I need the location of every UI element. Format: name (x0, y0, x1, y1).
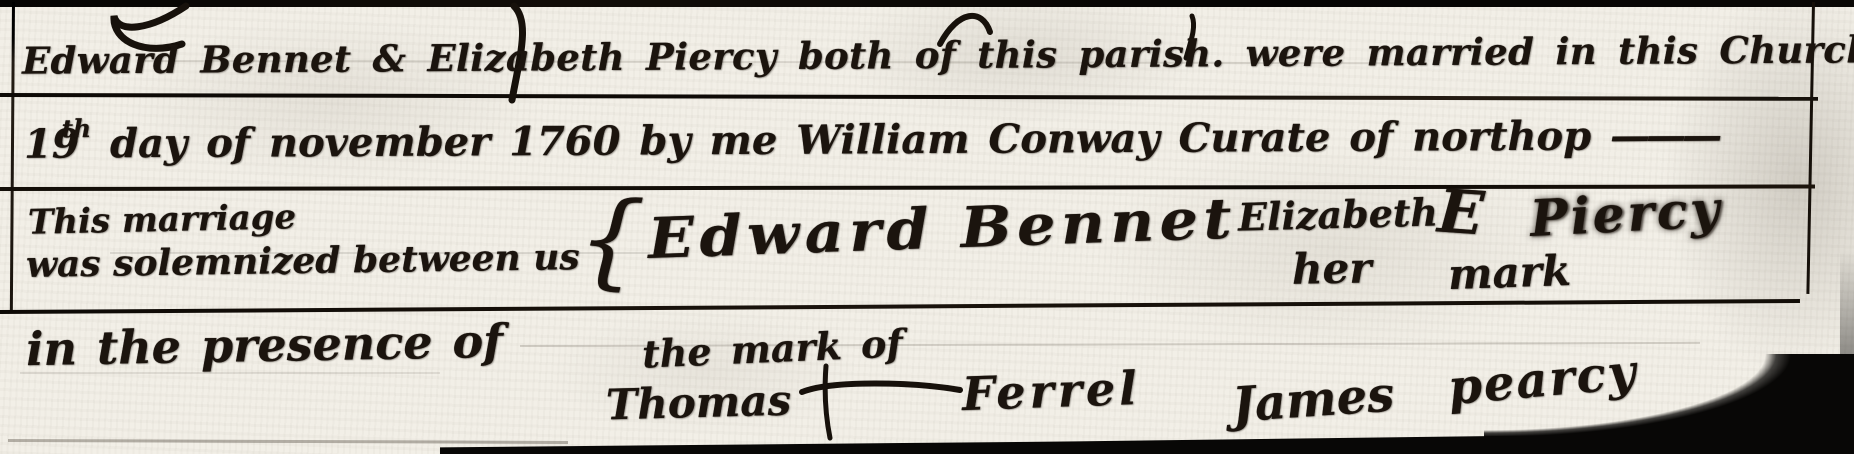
page-corner-shadow (1484, 354, 1854, 454)
opening-brace: { (575, 176, 647, 301)
right-edge-shadow (1840, 250, 1854, 410)
date-ordinal-suffix: th (62, 114, 92, 143)
witness1-mark-icon (796, 362, 966, 442)
bride-mark-caption-her: her (1292, 243, 1372, 293)
witness1-last-name: Ferrel (961, 361, 1141, 421)
bride-mark-caption-mark: mark (1447, 246, 1572, 299)
flourish-dash: ——— (1610, 112, 1718, 160)
solemnized-line-1: This marriage (28, 197, 297, 243)
bride-last-name: Piercy (1529, 179, 1724, 248)
witness1-first-name: Thomas (605, 376, 791, 430)
bride-mark: E (1436, 176, 1487, 249)
ruled-line-3 (0, 299, 1800, 314)
register-line-2: 19th day of november 1760 by me William … (24, 112, 1718, 168)
groom-signature: Edward Bennet (647, 185, 1238, 272)
register-page: Edward Bennet & Elizabeth Piercy both of… (0, 0, 1854, 454)
officiant-text: day of november 1760 by me William Conwa… (110, 113, 1591, 168)
bottom-faint-line (8, 439, 568, 444)
bride-first-name: Elizabeth (1237, 189, 1438, 239)
solemnized-line-2: was solemnized between us (26, 236, 580, 286)
witness2-first-name: James (1230, 366, 1396, 433)
presence-label: in the presence of (26, 314, 504, 376)
